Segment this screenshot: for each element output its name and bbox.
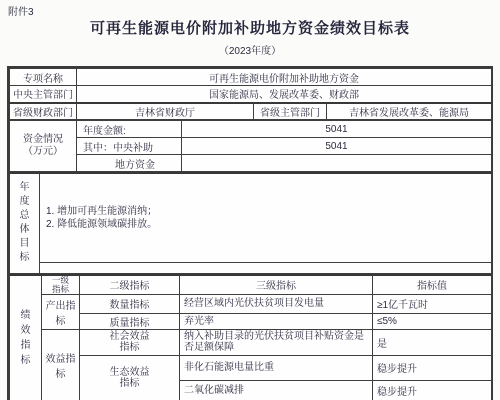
funds-section-label: 资金情况 （万元） [10,121,77,172]
header-level3: 三级指标 [180,275,373,295]
table-row: 年度总体目标 1. 增加可再生能源消纳； 2. 降低能源领域碳排放。 [10,173,492,262]
indicator-value: 是 [373,329,492,355]
indicator-level3: 纳入补助目录的光伏扶贫项目补贴资金是否足额保障 [180,329,373,355]
header-value: 指标值 [373,275,492,295]
table-row: 其中：中央补助 5041 [10,138,492,155]
indicator-value: 稳步提升 [373,380,492,400]
central-subsidy-label: 其中：中央补助 [77,138,182,155]
table-row: 生态效益 指标 非化石能源电量比重 稳步提升 [10,355,492,380]
page-title: 可再生能源电价附加补助地方资金绩效目标表 [0,17,500,38]
provincial-finance-value: 吉林省财政厅 [77,103,254,120]
indicators-header-row: 绩效指标 一级 指标 二级指标 三级指标 指标值 [10,275,492,295]
attachment-number: 附件3 [8,3,34,18]
table-row: 产出指标 数量指标 经营区域内光伏扶贫项目发电量 ≥1亿千瓦时 [10,294,492,313]
indicator-value: ≥1亿千瓦时 [373,294,492,313]
indicator-value: ≤5% [373,313,492,329]
objectives-vertical-label: 年度总体目标 [20,181,30,265]
indicator-level2: 社会效益 指标 [80,329,180,355]
group-output-label: 产出指标 [42,294,80,329]
objectives-content: 1. 增加可再生能源消纳； 2. 降低能源领域碳排放。 [40,173,492,262]
provincial-dept-value: 吉林省发展改革委、能源局 [327,103,492,120]
header-level1: 一级 指标 [42,275,80,295]
indicator-level2: 生态效益 指标 [80,355,180,400]
indicator-value: 稳步提升 [373,355,492,380]
basic-info-table: 专项名称 可再生能源电价附加补助地方资金 中央主管部门 国家能源局、发展改革委、… [9,68,492,120]
indicator-level3: 弃光率 [180,313,373,329]
indicator-level3: 非化石能源电量比重 [180,355,373,380]
indicator-level3: 二氧化碳减排 [180,380,373,400]
indicator-level3: 经营区域内光伏扶贫项目发电量 [180,294,373,313]
local-funds-label: 地方资金 [77,155,182,172]
funds-table: 资金情况 （万元） 年度金额: 5041 其中：中央补助 5041 地方资金 [9,120,492,172]
central-dept-label: 中央主管部门 [10,86,77,103]
indicators-table: 绩效指标 一级 指标 二级指标 三级指标 指标值 产出指标 数量指标 经营区域内… [9,274,492,400]
indicators-section-label: 绩效指标 [10,275,42,400]
indicators-vertical-label: 绩效指标 [21,308,31,368]
table-row: 中央主管部门 国家能源局、发展改革委、财政部 [10,86,492,103]
table-row: 质量指标 弃光率 ≤5% [10,313,492,329]
provincial-dept-label: 省级主管部门 [254,103,327,120]
table-row: 资金情况 （万元） 年度金额: 5041 [10,121,492,138]
annual-objectives-table: 年度总体目标 1. 增加可再生能源消纳； 2. 降低能源领域碳排放。 [9,172,492,274]
project-name-value: 可再生能源电价附加补助地方资金 [77,69,492,86]
page-subtitle-year: （2023年度） [0,42,500,57]
table-row: 专项名称 可再生能源电价附加补助地方资金 [10,69,492,86]
performance-target-table: 专项名称 可再生能源电价附加补助地方资金 中央主管部门 国家能源局、发展改革委、… [7,66,493,400]
provincial-finance-label: 省级财政部门 [10,103,77,120]
annual-amount-value: 5041 [182,121,492,138]
project-name-label: 专项名称 [10,69,77,86]
group-benefit-label: 效益指标 [42,329,80,400]
table-row: 省级财政部门 吉林省财政厅 省级主管部门 吉林省发展改革委、能源局 [10,103,492,120]
table-row: 地方资金 [10,155,492,172]
table-row [10,262,492,273]
central-subsidy-value: 5041 [182,138,492,155]
indicator-level2: 数量指标 [80,294,180,313]
central-dept-value: 国家能源局、发展改革委、财政部 [77,86,492,103]
indicator-level2: 质量指标 [80,313,180,329]
local-funds-value [182,155,492,172]
table-row: 效益指标 社会效益 指标 纳入补助目录的光伏扶贫项目补贴资金是否足额保障 是 [10,329,492,355]
annual-amount-label: 年度金额: [77,121,182,138]
objectives-section-label: 年度总体目标 [10,173,40,273]
objectives-empty-cell [40,262,492,273]
header-level2: 二级指标 [80,275,180,295]
